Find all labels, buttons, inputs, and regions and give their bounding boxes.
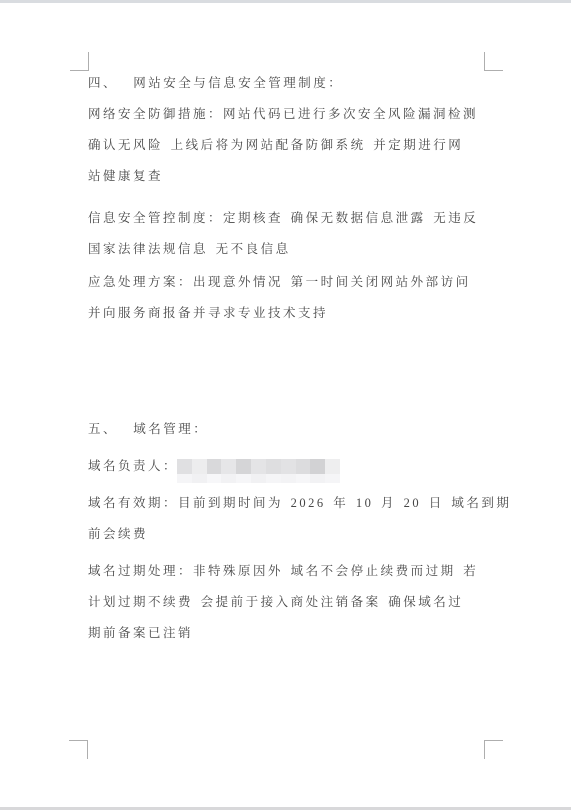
- margin-crop-mark-top-right: [484, 52, 503, 71]
- redaction-cell: [266, 459, 281, 474]
- redaction-cell: [251, 459, 266, 474]
- redacted-domain-owner-name: [177, 459, 340, 483]
- redaction-cell: [310, 474, 325, 483]
- redaction-cell: [236, 474, 251, 483]
- redaction-cell: [251, 474, 266, 483]
- text-line: 网络安全防御措施：网站代码已进行多次安全风险漏洞检测: [88, 99, 478, 130]
- domain-owner-label: 域名负责人：: [88, 451, 178, 482]
- redaction-cell: [296, 459, 311, 474]
- redaction-cell: [192, 474, 207, 483]
- text-line: 域名过期处理：非特殊原因外 域名不会停止续费而过期 若: [88, 556, 478, 587]
- text-line: 期前备案已注销: [88, 618, 193, 649]
- redaction-cell: [296, 474, 311, 483]
- text-line: 前会续费: [88, 519, 148, 550]
- redaction-cell: [177, 459, 192, 474]
- margin-crop-mark-bottom-left: [69, 740, 88, 759]
- document-page: 四、 网站安全与信息安全管理制度： 网络安全防御措施：网站代码已进行多次安全风险…: [0, 0, 571, 810]
- text-line: 应急处理方案：出现意外情况 第一时间关闭网站外部访问: [88, 267, 471, 298]
- section-heading-web-security: 四、 网站安全与信息安全管理制度：: [88, 68, 343, 99]
- text-line: 并向服务商报备并寻求专业技术支持: [88, 298, 328, 329]
- text-line: 站健康复查: [88, 161, 163, 192]
- redaction-cell: [281, 459, 296, 474]
- redaction-cell: [192, 459, 207, 474]
- text-line: 确认无风险 上线后将为网站配备防御系统 并定期进行网: [88, 130, 463, 161]
- redaction-cell: [281, 474, 296, 483]
- redaction-cell: [325, 474, 340, 483]
- redaction-row: [177, 474, 340, 483]
- text-line: 计划过期不续费 会提前于接入商处注销备案 确保域名过: [88, 587, 463, 618]
- redaction-cell: [221, 474, 236, 483]
- redaction-cell: [236, 459, 251, 474]
- margin-crop-mark-bottom-right: [484, 740, 503, 759]
- text-line: 信息安全管控制度：定期核查 确保无数据信息泄露 无违反: [88, 203, 478, 234]
- margin-crop-mark-top-left: [70, 52, 89, 71]
- text-line: 国家法律法规信息 无不良信息: [88, 234, 291, 265]
- redaction-cell: [207, 459, 222, 474]
- redaction-cell: [207, 474, 222, 483]
- section-heading-domain: 五、 域名管理：: [88, 414, 208, 445]
- redaction-cell: [177, 474, 192, 483]
- page-top-edge: [0, 0, 571, 3]
- redaction-row: [177, 459, 340, 474]
- redaction-cell: [266, 474, 281, 483]
- redaction-cell: [221, 459, 236, 474]
- redaction-cell: [325, 459, 340, 474]
- redaction-cell: [310, 459, 325, 474]
- text-line: 域名有效期：目前到期时间为 2026 年 10 月 20 日 域名到期: [88, 488, 511, 519]
